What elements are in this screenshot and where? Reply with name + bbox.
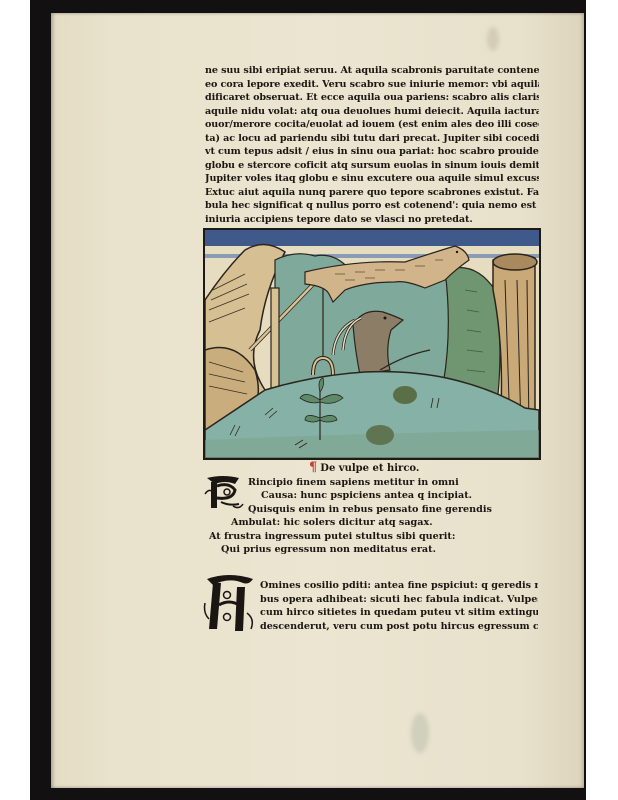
- fable-title-text: De vulpe et hirco.: [320, 463, 419, 474]
- manuscript-page: ne suu sibi eripiat seruu. At aquila sca…: [51, 13, 584, 788]
- verse-line: Ambulat: hic solers dicitur atq sagax.: [231, 516, 433, 530]
- prose-paragraph: Omines cosilio pditi: antea fine pspiciu…: [260, 579, 538, 633]
- text-line: bula hec significat q nullus porro est c…: [205, 199, 539, 213]
- verse-line: At frustra ingressum putei stultus sibi …: [209, 530, 455, 544]
- text-line: iniuria accipiens tepore dato se vlasci …: [205, 213, 539, 227]
- document-viewer: ne suu sibi eripiat seruu. At aquila sca…: [0, 0, 618, 800]
- text-line: Extuc aiut aquila nunq parere quo tepore…: [205, 186, 539, 200]
- verse-line: Rincipio finem sapiens metitur in omni: [248, 476, 459, 490]
- fable-title: ¶De vulpe et hirco.: [309, 460, 419, 475]
- decorated-initial-h: [203, 573, 257, 633]
- top-paragraph: ne suu sibi eripiat seruu. At aquila sca…: [205, 64, 539, 226]
- text-line: ta) ac locu ad pariendu sibi tutu dari p…: [205, 132, 539, 146]
- text-line: eo cora lepore exedit. Veru scabro sue i…: [205, 78, 539, 92]
- text-line: ouor/merore cocita/euolat ad iouem (est …: [205, 118, 539, 132]
- pilcrow-rubric-icon: ¶: [309, 460, 317, 475]
- ornamental-initial-icon: [203, 474, 245, 512]
- text-line: descenderut, veru cum post potu hircus e…: [260, 620, 538, 634]
- text-line: dificaret obseruat. Et ecce aquila oua p…: [205, 91, 539, 105]
- text-line: vt cum tepus adsit / eius in sinu oua pa…: [205, 145, 539, 159]
- verse-line: Quisquis enim in rebus pensato fine gere…: [248, 503, 492, 517]
- page-stain: [411, 713, 429, 753]
- page-stain: [487, 27, 499, 51]
- text-line: bus opera adhibeat: sicuti hec fabula in…: [260, 593, 538, 607]
- text-line: aquile nidu volat: atq oua deuolues humi…: [205, 105, 539, 119]
- text-line: globu e stercore coficit atq sursum euol…: [205, 159, 539, 173]
- decorated-initial-p: [203, 474, 245, 512]
- fox-and-goat-woodcut: [205, 230, 539, 458]
- text-line: cum hirco sitietes in quedam puteu vt si…: [260, 606, 538, 620]
- verse-line: Qui prius egressum non meditatus erat.: [221, 543, 436, 557]
- ornamental-initial-icon: [203, 573, 257, 633]
- text-line: Omines cosilio pditi: antea fine pspiciu…: [260, 579, 538, 593]
- text-line: ne suu sibi eripiat seruu. At aquila sca…: [205, 64, 539, 78]
- verse-line: Causa: hunc pspiciens antea q incipiat.: [261, 489, 472, 503]
- woodcut-illustration: [203, 228, 541, 460]
- text-line: Jupiter voles itaq globu e sinu excutere…: [205, 172, 539, 186]
